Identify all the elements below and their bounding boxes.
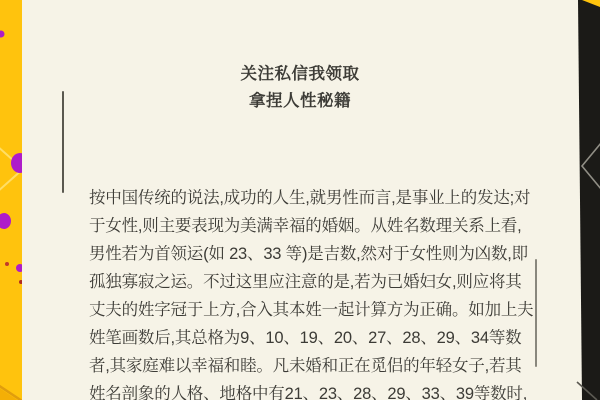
paragraph: 按中国传统的说法,成功的人生,就男性而言,是事业上的发达;对 于女性,则主要表现… xyxy=(89,184,559,400)
paragraph-line: 于女性,则主要表现为美满幸福的婚姻。从姓名数理关系上看, xyxy=(89,212,559,240)
paragraph-line: 男性若为首领运(如 23、33 等)是吉数,然对于女性则为凶数,即 xyxy=(89,240,559,268)
decorative-rule-left xyxy=(62,91,64,193)
header-line-2: 拿捏人性秘籍 xyxy=(22,88,578,115)
paragraph-line: 丈夫的姓字冠于上方,合入其本姓一起计算方为正确。如加上夫 xyxy=(89,296,559,324)
paragraph-line: 按中国传统的说法,成功的人生,就男性而言,是事业上的发达;对 xyxy=(89,184,559,212)
paragraph-line: 姓笔画数后,其总格为9、10、19、20、27、28、29、34等数 xyxy=(89,324,559,352)
paragraph-line: 孤独寡寂之运。不过这里应注意的是,若为已婚妇女,则应将其 xyxy=(89,268,559,296)
poster-image: 关注私信我领取 拿捏人性秘籍 按中国传统的说法,成功的人生,就男性而言,是事业上… xyxy=(0,0,600,400)
paragraph-line: 者,其家庭难以幸福和睦。凡未婚和正在觅侣的年轻女子,若其 xyxy=(89,352,559,380)
header-line-1: 关注私信我领取 xyxy=(22,61,578,88)
header-caption: 关注私信我领取 拿捏人性秘籍 xyxy=(22,61,578,115)
paragraph-line: 姓名剖象的人格、地格中有21、23、28、29、33、39等数时, xyxy=(89,380,559,400)
left-yellow-border xyxy=(0,0,22,400)
